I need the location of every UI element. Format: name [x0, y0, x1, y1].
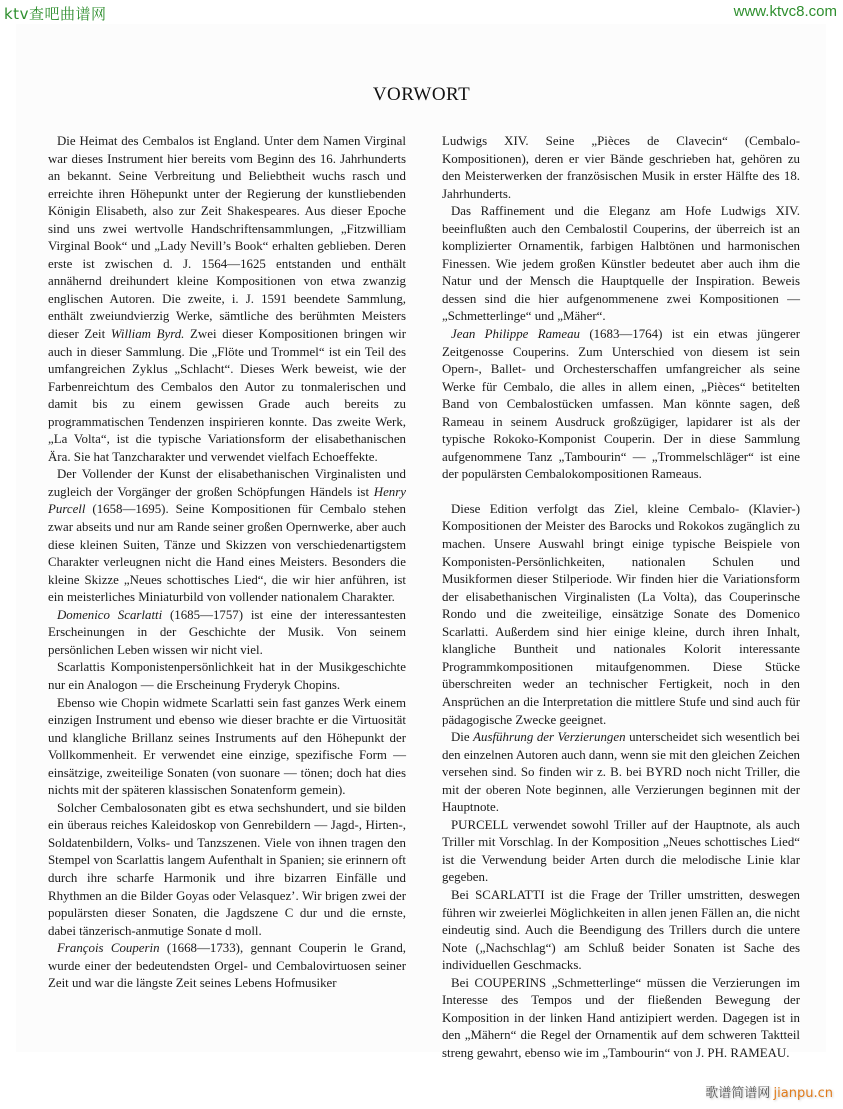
- paragraph-purcell: Der Vollender der Kunst der elisabethani…: [48, 466, 406, 606]
- paragraph-edition-goal: Diese Edition verfolgt das Ziel, kleine …: [442, 501, 800, 729]
- text: Die Heimat des Cembalos ist England. Unt…: [48, 134, 406, 341]
- text: PURCELL verwendet sowohl Triller auf der…: [442, 818, 800, 885]
- paragraph-couperin-pieces: Ludwigs XIV. Seine „Pièces de Clavecin“ …: [442, 133, 800, 203]
- text: Der Vollender der Kunst der elisabethani…: [48, 467, 406, 499]
- paragraph-couperin-intro: François Couperin (1668—1733), gennant C…: [48, 940, 406, 993]
- emphasis-jean-philippe-rameau: Jean Philippe Rameau: [451, 327, 580, 341]
- text: Bei SCARLATTI ist die Frage der Triller …: [442, 888, 800, 972]
- text: Scarlattis Komponistenpersönlichkeit hat…: [48, 660, 406, 692]
- paragraph-scarlatti-sonatas-count: Solcher Cembalosonaten gibt es etwa sech…: [48, 800, 406, 940]
- text: Ebenso wie Chopin widmete Scarlatti sein…: [48, 696, 406, 798]
- emphasis-ausfuehrung-der-verzierungen: Ausführung der Verzierungen: [473, 730, 625, 744]
- watermark-top-right: www.ktvc8.com: [734, 3, 837, 20]
- right-column: Ludwigs XIV. Seine „Pièces de Clavecin“ …: [442, 133, 800, 1062]
- text: Die: [451, 730, 473, 744]
- emphasis-domenico-scarlatti: Domenico Scarlatti: [57, 608, 162, 622]
- text: Zwei dieser Kompositionen bringen wir au…: [48, 327, 406, 464]
- left-column: Die Heimat des Cembalos ist England. Unt…: [48, 133, 406, 993]
- watermark-bottom-cn: 歌谱简谱网: [705, 1086, 770, 1101]
- paragraph-rameau: Jean Philippe Rameau (1683—1764) ist ein…: [442, 326, 800, 484]
- watermark-bottom-right: 歌谱简谱网 jianpu.cn: [705, 1082, 833, 1101]
- paragraph-purcell-trills: PURCELL verwendet sowohl Triller auf der…: [442, 817, 800, 887]
- paragraph-scarlatti-trills: Bei SCARLATTI ist die Frage der Triller …: [442, 887, 800, 975]
- emphasis-william-byrd: William Byrd.: [111, 327, 185, 341]
- paragraph-scarlatti-chopin: Scarlattis Komponistenpersönlichkeit hat…: [48, 659, 406, 694]
- watermark-bottom-site: jianpu.cn: [774, 1086, 833, 1101]
- page-title: VORWORT: [0, 84, 843, 106]
- paragraph-cembalo-england: Die Heimat des Cembalos ist England. Unt…: [48, 133, 406, 466]
- paragraph-couperin-style: Das Raffinement und die Eleganz am Hofe …: [442, 203, 800, 326]
- text: Diese Edition verfolgt das Ziel, kleine …: [442, 502, 800, 727]
- text: Solcher Cembalosonaten gibt es etwa sech…: [48, 801, 406, 938]
- paragraph-ornaments: Die Ausführung der Verzierungen untersch…: [442, 729, 800, 817]
- text: Das Raffinement und die Eleganz am Hofe …: [442, 204, 800, 323]
- text: (1683—1764) ist ein etwas jüngerer Zeitg…: [442, 327, 800, 481]
- paragraph-scarlatti-sonatas-form: Ebenso wie Chopin widmete Scarlatti sein…: [48, 695, 406, 800]
- text: Bei COUPERINS „Schmetterlinge“ müssen di…: [442, 976, 800, 1060]
- text: (1658—1695). Seine Kompositionen für Cem…: [48, 502, 406, 604]
- emphasis-francois-couperin: François Couperin: [57, 941, 160, 955]
- text: Ludwigs XIV. Seine „Pièces de Clavecin“ …: [442, 134, 800, 201]
- paragraph-couperin-ornaments: Bei COUPERINS „Schmetterlinge“ müssen di…: [442, 975, 800, 1063]
- watermark-top-left: ktv查吧曲谱网: [4, 3, 106, 24]
- paragraph-scarlatti-intro: Domenico Scarlatti (1685—1757) ist eine …: [48, 607, 406, 660]
